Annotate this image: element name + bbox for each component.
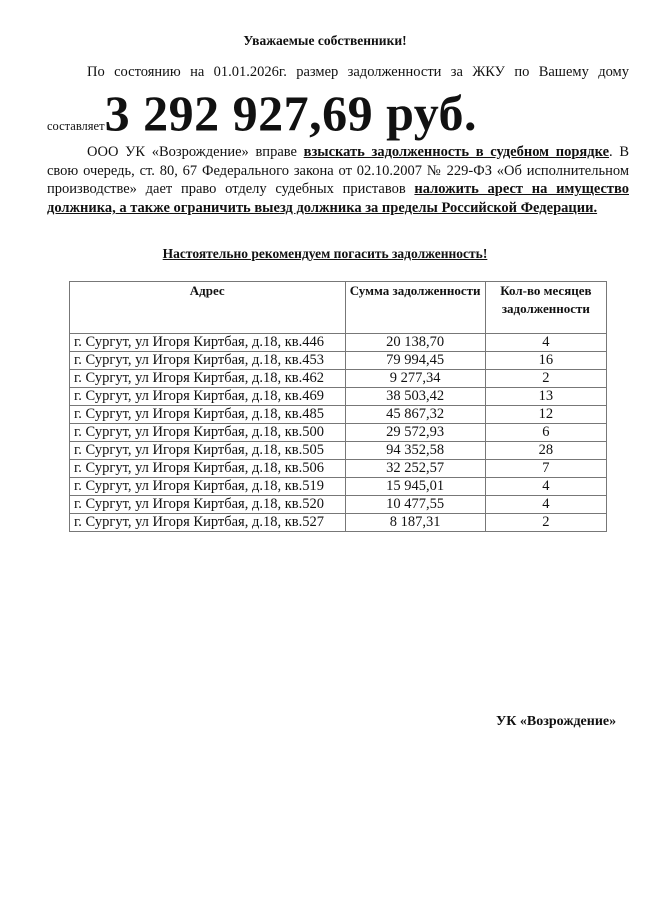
cell-sum: 32 252,57 — [345, 460, 485, 478]
call-to-action: Настоятельно рекомендуем погасить задолж… — [0, 246, 650, 262]
amount-prefix: составляет — [47, 119, 105, 133]
table-header-row: Адрес Сумма задолженности Кол-во месяцев… — [70, 282, 607, 334]
cell-sum: 15 945,01 — [345, 478, 485, 496]
table-row: г. Сургут, ул Игоря Киртбая, д.18, кв.52… — [70, 514, 607, 532]
cell-address: г. Сургут, ул Игоря Киртбая, д.18, кв.44… — [70, 334, 346, 352]
cell-months: 4 — [485, 496, 606, 514]
cell-address: г. Сургут, ул Игоря Киртбая, д.18, кв.50… — [70, 460, 346, 478]
emphasized-text: взыскать задолженность в судебном порядк… — [304, 144, 609, 160]
table-row: г. Сургут, ул Игоря Киртбая, д.18, кв.48… — [70, 406, 607, 424]
cell-address: г. Сургут, ул Игоря Киртбая, д.18, кв.46… — [70, 388, 346, 406]
table-row: г. Сургут, ул Игоря Киртбая, д.18, кв.46… — [70, 370, 607, 388]
paragraph-text: ООО УК «Возрождение» вправе — [87, 144, 304, 160]
cell-months: 28 — [485, 442, 606, 460]
cell-sum: 29 572,93 — [345, 424, 485, 442]
cell-address: г. Сургут, ул Игоря Киртбая, д.18, кв.46… — [70, 370, 346, 388]
header-months: Кол-во месяцев задолженности — [485, 282, 606, 334]
header-address: Адрес — [70, 282, 346, 334]
debt-amount-line: составляет3 292 927,69 руб. — [47, 88, 477, 138]
greeting-heading: Уважаемые собственники! — [0, 33, 650, 49]
table-row: г. Сургут, ул Игоря Киртбая, д.18, кв.50… — [70, 460, 607, 478]
cell-sum: 45 867,32 — [345, 406, 485, 424]
cell-address: г. Сургут, ул Игоря Киртбая, д.18, кв.45… — [70, 352, 346, 370]
cell-sum: 10 477,55 — [345, 496, 485, 514]
table-row: г. Сургут, ул Игоря Киртбая, д.18, кв.45… — [70, 352, 607, 370]
cell-sum: 94 352,58 — [345, 442, 485, 460]
debt-table: Адрес Сумма задолженности Кол-во месяцев… — [69, 281, 607, 532]
cell-months: 2 — [485, 370, 606, 388]
table-row: г. Сургут, ул Игоря Киртбая, д.18, кв.50… — [70, 424, 607, 442]
cell-months: 7 — [485, 460, 606, 478]
total-debt-amount: 3 292 927,69 руб. — [105, 85, 478, 141]
cell-address: г. Сургут, ул Игоря Киртбая, д.18, кв.48… — [70, 406, 346, 424]
cell-address: г. Сургут, ул Игоря Киртбая, д.18, кв.51… — [70, 478, 346, 496]
table-row: г. Сургут, ул Игоря Киртбая, д.18, кв.52… — [70, 496, 607, 514]
table-row: г. Сургут, ул Игоря Киртбая, д.18, кв.51… — [70, 478, 607, 496]
cell-sum: 9 277,34 — [345, 370, 485, 388]
signature: УК «Возрождение» — [496, 714, 616, 730]
cell-months: 16 — [485, 352, 606, 370]
cell-months: 2 — [485, 514, 606, 532]
table-row: г. Сургут, ул Игоря Киртбая, д.18, кв.46… — [70, 388, 607, 406]
cell-months: 4 — [485, 478, 606, 496]
legal-warning-paragraph: ООО УК «Возрождение» вправе взыскать зад… — [47, 143, 629, 217]
cell-sum: 8 187,31 — [345, 514, 485, 532]
cell-months: 4 — [485, 334, 606, 352]
intro-line: По состоянию на 01.01.2026г. размер задо… — [47, 64, 629, 81]
cell-address: г. Сургут, ул Игоря Киртбая, д.18, кв.52… — [70, 514, 346, 532]
cell-months: 12 — [485, 406, 606, 424]
table-row: г. Сургут, ул Игоря Киртбая, д.18, кв.44… — [70, 334, 607, 352]
cell-address: г. Сургут, ул Игоря Киртбая, д.18, кв.52… — [70, 496, 346, 514]
cell-address: г. Сургут, ул Игоря Киртбая, д.18, кв.50… — [70, 442, 346, 460]
cell-sum: 20 138,70 — [345, 334, 485, 352]
cell-address: г. Сургут, ул Игоря Киртбая, д.18, кв.50… — [70, 424, 346, 442]
header-sum: Сумма задолженности — [345, 282, 485, 334]
cell-sum: 79 994,45 — [345, 352, 485, 370]
table-row: г. Сургут, ул Игоря Киртбая, д.18, кв.50… — [70, 442, 607, 460]
cell-sum: 38 503,42 — [345, 388, 485, 406]
cell-months: 13 — [485, 388, 606, 406]
cell-months: 6 — [485, 424, 606, 442]
